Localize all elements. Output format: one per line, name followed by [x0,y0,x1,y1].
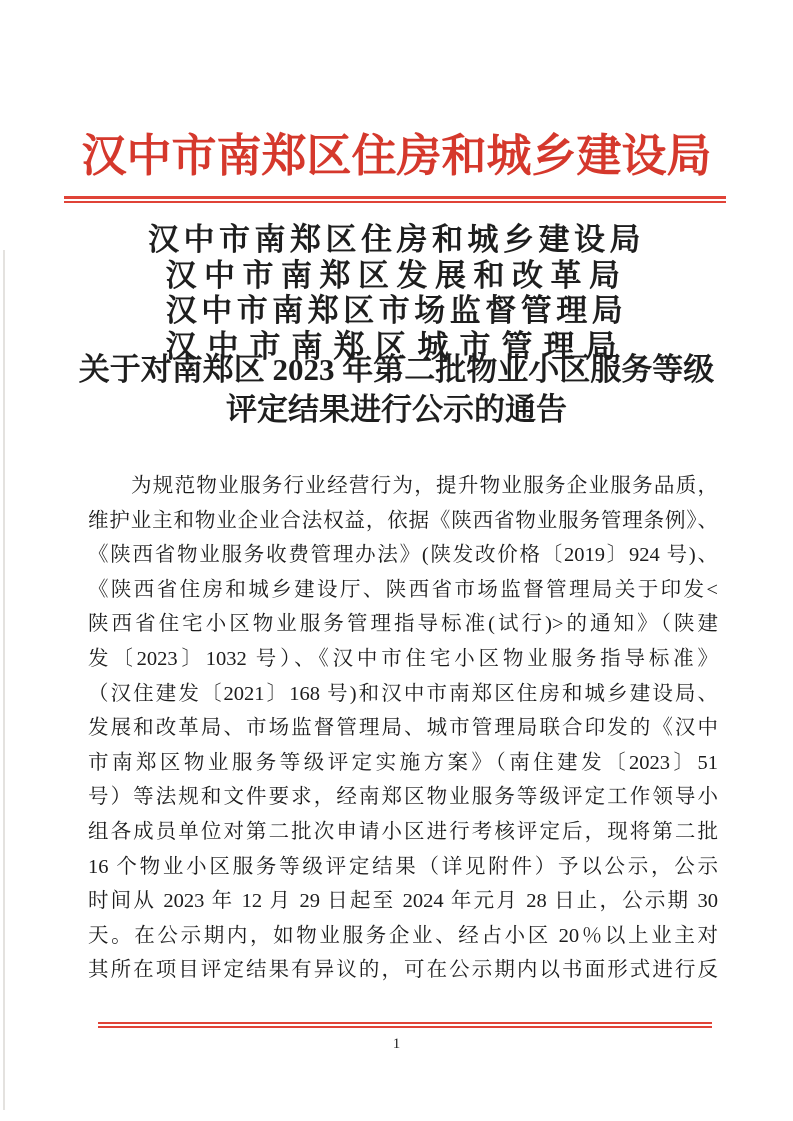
footer-double-rule [98,1022,712,1028]
header-double-rule [64,196,726,203]
header-rule-thin [64,201,726,203]
body-line: 号）等法规和文件要求，经南郑区物业服务等级评定工作领导小 [88,780,718,815]
body-line: 陕西省住宅小区物业服务管理指导标准(试行)>的通知》（陕建 [88,607,718,642]
masthead-title: 汉中市南郑区住房和城乡建设局 [0,120,793,192]
notice-title: 关于对南郑区 2023 年第二批物业小区服务等级 评定结果进行公示的通告 [0,350,793,430]
body-line: 天。在公示期内，如物业服务企业、经占小区 20％以上业主对 [88,919,718,954]
notice-title-line-1: 关于对南郑区 2023 年第二批物业小区服务等级 [0,350,793,390]
header-rule-thick [64,196,726,199]
body-line: 维护业主和物业企业合法权益，依据《陕西省物业服务管理条例》、 [88,504,718,539]
issuing-agencies: 汉中市南郑区住房和城乡建设局 汉中市南郑区发展和改革局 汉中市南郑区市场监督管理… [0,222,793,364]
body-line: 其所在项目评定结果有异议的，可在公示期内以书面形式进行反 [88,953,718,988]
document-page: 汉中市南郑区住房和城乡建设局 汉中市南郑区住房和城乡建设局 汉中市南郑区发展和改… [0,0,793,1121]
body-line: 《陕西省物业服务收费管理办法》(陕发改价格〔2019〕924 号)、 [88,538,718,573]
body-line: （汉住建发〔2021〕168 号)和汉中市南郑区住房和城乡建设局、 [88,677,718,712]
notice-title-line-2: 评定结果进行公示的通告 [0,390,793,430]
agency-line-development-reform: 汉中市南郑区发展和改革局 [0,258,793,294]
body-line: 发〔2023〕1032 号）、《汉中市住宅小区物业服务指导标准》 [88,642,718,677]
body-line: 发展和改革局、市场监督管理局、城市管理局联合印发的《汉中 [88,711,718,746]
body-line: 16 个物业小区服务等级评定结果（详见附件）予以公示，公示 [88,850,718,885]
body-line: 时间从 2023 年 12 月 29 日起至 2024 年元月 28 日止，公示… [88,884,718,919]
footer-rule-top [98,1022,712,1024]
agency-line-housing: 汉中市南郑区住房和城乡建设局 [0,222,793,258]
footer-rule-bottom [98,1026,712,1028]
agency-line-market-supervision: 汉中市南郑区市场监督管理局 [0,293,793,329]
body-line: 《陕西省住房和城乡建设厅、陕西省市场监督管理局关于印发< [88,573,718,608]
body-line: 组各成员单位对第二批次申请小区进行考核评定后，现将第二批 [88,815,718,850]
body-line: 为规范物业服务行业经营行为，提升物业服务企业服务品质， [88,469,718,504]
page-number: 1 [0,1036,793,1053]
body-paragraph: 为规范物业服务行业经营行为，提升物业服务企业服务品质， 维护业主和物业企业合法权… [88,469,718,988]
body-line: 市南郑区物业服务等级评定实施方案》（南住建发〔2023〕51 [88,746,718,781]
